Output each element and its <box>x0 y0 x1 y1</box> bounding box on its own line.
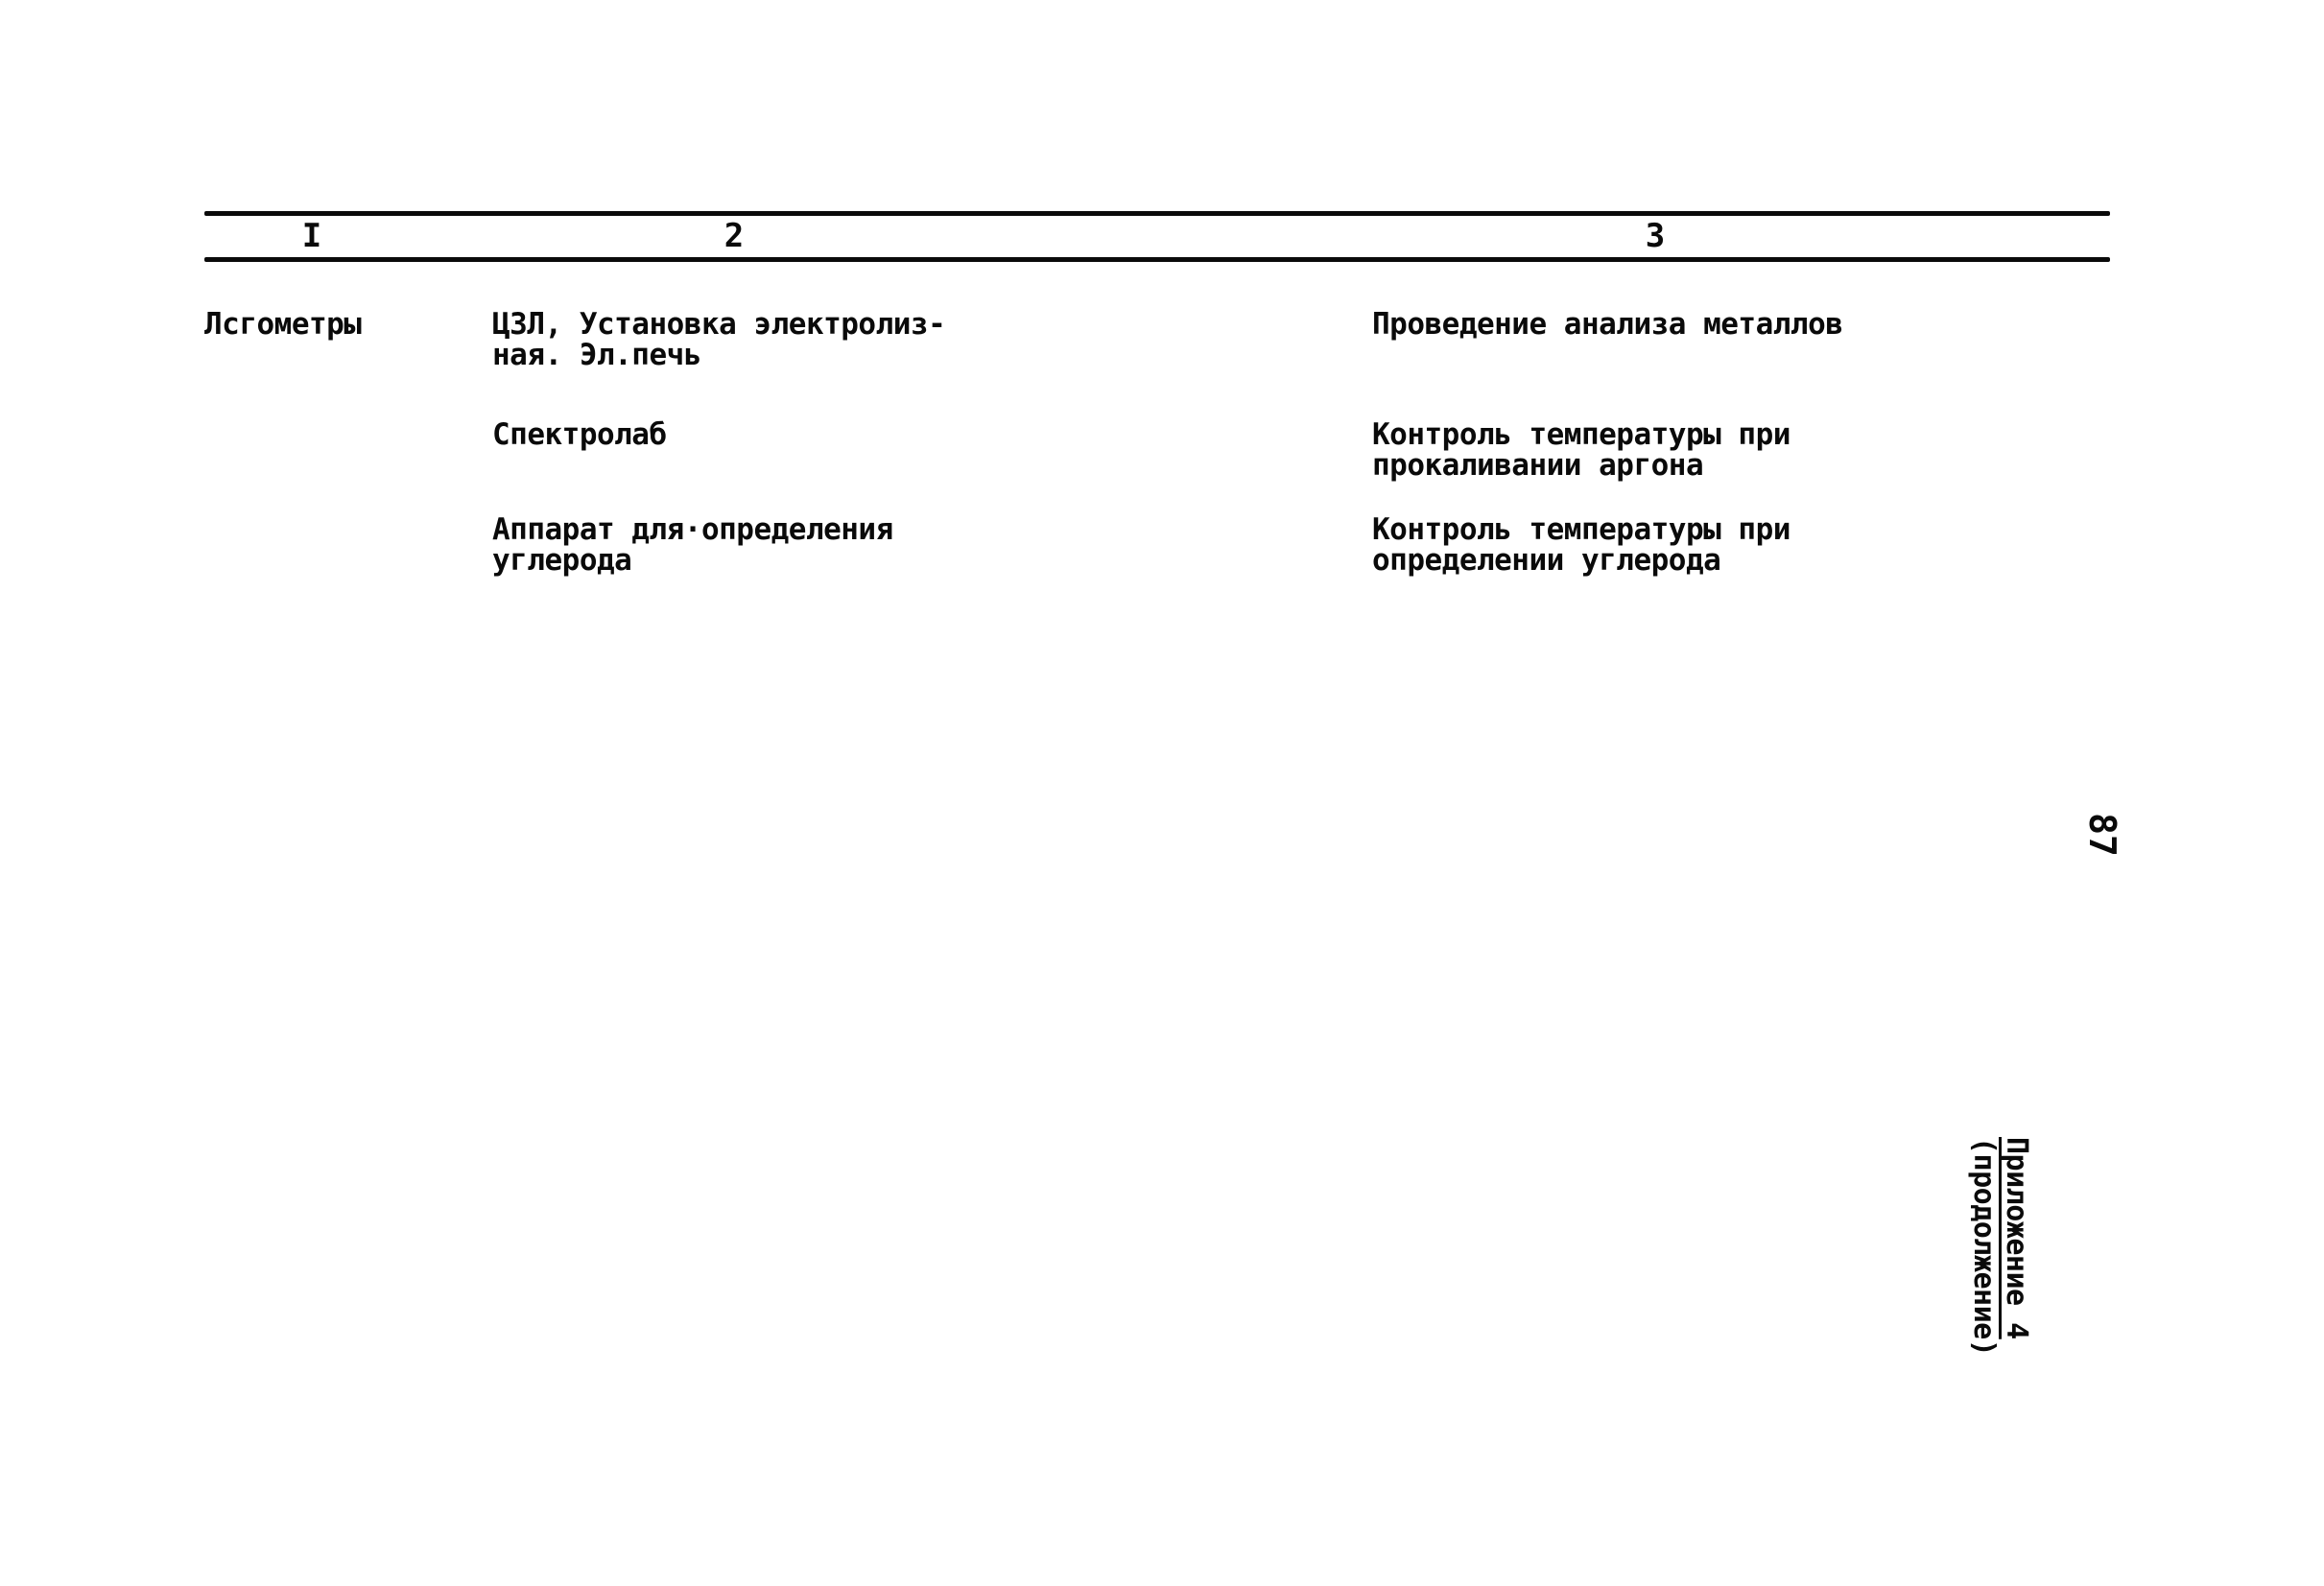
table-header-top-rule <box>204 211 2110 216</box>
table-row-3-col-2: Аппарат для·определения углерода <box>492 514 893 576</box>
table-row-3-col-3: Контроль температуры при определении угл… <box>1372 514 1790 576</box>
column-header-2: 2 <box>724 217 744 255</box>
table-row-1-col-3: Проведение анализа металлов <box>1372 309 1842 340</box>
table-row-1-col-1: Лсгометры <box>204 309 361 340</box>
appendix-subtitle: (продолжение) <box>1967 1137 2001 1356</box>
column-header-3: 3 <box>1646 217 1665 255</box>
appendix-label: Приложение 4 (продолжение) <box>1967 1137 2032 1356</box>
page-number: 87 <box>2081 813 2123 857</box>
table-row-2-col-2: Спектролаб <box>492 419 667 450</box>
table-header-bottom-rule <box>204 257 2110 262</box>
table-row-1-col-2: ЦЗЛ, Установка электролиз- ная. Эл.печь <box>492 309 945 370</box>
appendix-title: Приложение 4 <box>2000 1137 2033 1339</box>
column-header-1: I <box>302 217 321 255</box>
table-row-2-col-3: Контроль температуры при прокаливании ар… <box>1372 419 1790 481</box>
